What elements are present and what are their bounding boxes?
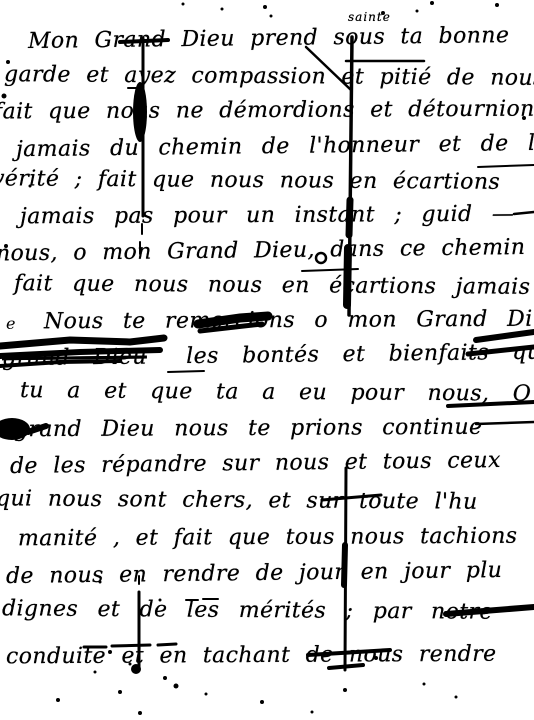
manuscript-line: nous, o mon Grand Dieu, dans ce chemin e… bbox=[0, 235, 534, 272]
marginal-mark: e bbox=[6, 314, 15, 333]
overline-line12-right bbox=[476, 422, 534, 424]
manuscript-line: vérité ; fait que nous nous en écartions bbox=[0, 166, 500, 200]
manuscript-line: Mon Grand Dieu prend sous ta bonne bbox=[28, 23, 510, 59]
manuscript-line: Nous te remercions o mon Grand Di bbox=[44, 307, 533, 340]
manuscript-line: de les répandre sur nous et tous ceux bbox=[10, 448, 501, 484]
manuscript-line-text: les bontés et bienfaits qu bbox=[186, 340, 534, 369]
manuscript-line: fait que nous nous en écartions jamais bbox=[14, 271, 530, 305]
manuscript-line: de nous en rendre de jour en jour plu bbox=[6, 558, 503, 594]
manuscript-page: sainte e Mon Grand Dieu prend sous ta bo… bbox=[0, 0, 534, 720]
manuscript-line: grand Dieu les bontés et bienfaits qu bbox=[2, 340, 534, 377]
manuscript-line: garde et ayez compassion et pitié de nou… bbox=[4, 62, 534, 96]
manuscript-line: tu a et que ta a eu pour nous, O m bbox=[20, 378, 534, 412]
manuscript-line: grand Dieu nous te prions continue bbox=[14, 415, 483, 447]
manuscript-line: jamais pas pour un instant ; guid — bbox=[20, 202, 514, 235]
manuscript-line: fait que nous ne démordions et détournio… bbox=[0, 97, 534, 130]
manuscript-line: conduite et en tachant de nous rendre bbox=[6, 642, 497, 675]
manuscript-line: dignes et de les mérités ; par notre bbox=[2, 596, 493, 629]
manuscript-line: manité , et fait que tous nous tachions bbox=[18, 524, 518, 557]
manuscript-line: jamais du chemin de l'honneur et de la bbox=[16, 131, 534, 168]
manuscript-line: qui nous sont chers, et sur toute l'hu bbox=[0, 486, 478, 519]
struck-out-text: grand Dieu bbox=[2, 345, 147, 372]
interlinear-insertion: sainte bbox=[348, 10, 391, 24]
